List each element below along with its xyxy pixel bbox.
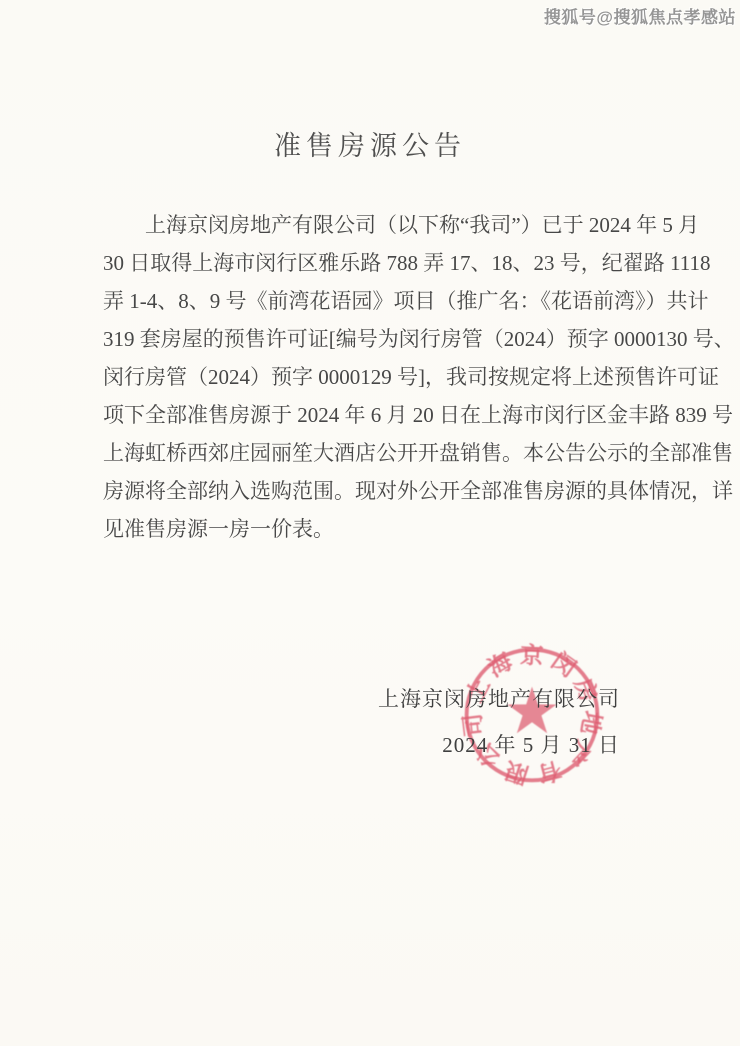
watermark: 搜狐号@搜狐焦点孝感站 (544, 3, 736, 28)
body-line: 30 日取得上海市闵行区雅乐路 788 弄 17、18、23 号，纪翟路 111… (103, 244, 660, 282)
document-page: 搜狐号@搜狐焦点孝感站 准售房源公告 上海京闵房地产有限公司（以下称“我司”）已… (0, 0, 740, 1046)
body-line: 房源将全部纳入选购范围。现对外公开全部准售房源的具体情况，详 (103, 472, 660, 510)
company-seal: 上海京闵房地产有限公司 (446, 629, 618, 801)
body-line: 闵行房管（2024）预字 0000129 号]，我司按规定将上述预售许可证 (103, 358, 660, 396)
body-line: 见准售房源一房一价表。 (103, 510, 660, 548)
body-line: 319 套房屋的预售许可证[编号为闵行房管（2024）预字 0000130 号、 (103, 320, 660, 358)
body-line: 项下全部准售房源于 2024 年 6 月 20 日在上海市闵行区金丰路 839 … (103, 396, 660, 434)
signature-date: 2024 年 5 月 31 日 (442, 729, 620, 759)
signature-company: 上海京闵房地产有限公司 (378, 683, 620, 713)
body-line: 上海虹桥西郊庄园丽笙大酒店公开开盘销售。本公告公示的全部准售 (103, 434, 660, 472)
body-line: 上海京闵房地产有限公司（以下称“我司”）已于 2024 年 5 月 (103, 206, 660, 244)
announcement-body: 上海京闵房地产有限公司（以下称“我司”）已于 2024 年 5 月 30 日取得… (103, 206, 660, 548)
body-line: 弄 1-4、8、9 号《前湾花语园》项目（推广名：《花语前湾》）共计 (103, 282, 660, 320)
page-title: 准售房源公告 (0, 124, 740, 163)
